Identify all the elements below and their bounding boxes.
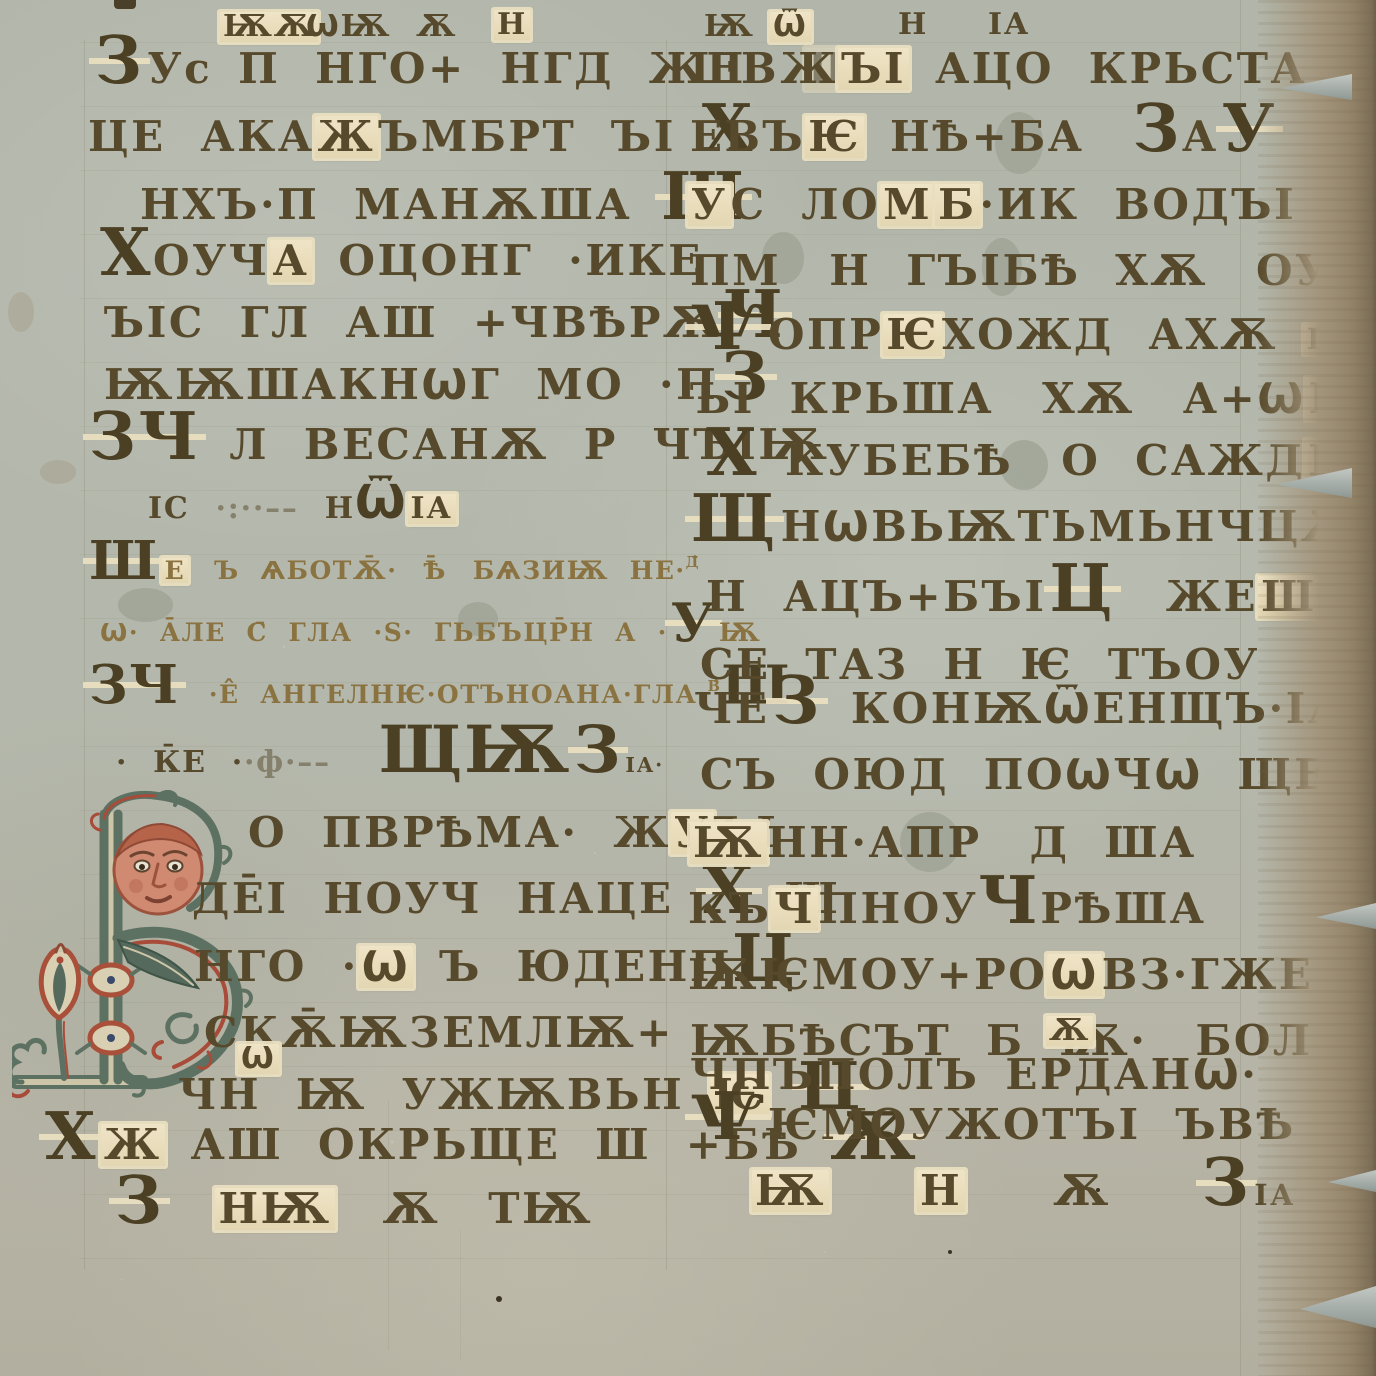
text-segment: ЧН Ѭ УЖѬВЬН xyxy=(178,1070,684,1119)
text-segment: РѢША xyxy=(1040,884,1206,933)
text-line-right-20: Ѫ xyxy=(1046,1016,1093,1046)
text-segment: Д ША xyxy=(1030,818,1197,867)
text-line-left-7: ЪІС ГЛ АШ +ЧВѢРѪЧ xyxy=(104,302,789,344)
text-segment: З xyxy=(1133,91,1182,167)
text-segment: ЪМБРТ ЪІ xyxy=(378,112,676,161)
text-line-left-12: Ѡ· А̄ЛЕ С̄ ГЛА ·S· ГЬБЪЦР̄Н А ·УѬ xyxy=(100,620,761,645)
text-segment: ОЦОНГ ·ИКЕ xyxy=(338,236,702,285)
text-segment: · К̄Е · xyxy=(116,745,244,780)
screenshot-root: { "document": { "kind": "medieval manusc… xyxy=(0,0,1376,1376)
text-segment: КУБЕБѢ xyxy=(785,436,1013,485)
text-segment: НѬ xyxy=(215,1188,334,1230)
text-segment: Ъ ѦБОТѪ̄· xyxy=(214,556,397,585)
erasure-blob xyxy=(118,588,173,622)
text-segment: НѢ+БА xyxy=(890,112,1085,161)
text-segment: ѤМОУЖОТЪІ ЪВѢ xyxy=(768,1100,1296,1149)
text-segment: Ч xyxy=(771,888,818,930)
text-segment: А xyxy=(1182,112,1219,161)
text-line-right-14: ЧЕЗКОНѬѾЕНЩЪ·ІА xyxy=(694,688,1345,730)
text-segment: Ѡ· А̄ЛЕ С̄ ГЛА ·S· ГЬБЪЦР̄Н А · xyxy=(100,618,668,647)
text-segment: ХѪ xyxy=(1042,374,1135,423)
text-segment: ЖЕ xyxy=(1166,572,1258,621)
text-segment: Ш Ж xyxy=(690,44,838,93)
text-segment: О ПВРѢМА· Ж xyxy=(248,808,671,857)
text-segment: Ж xyxy=(101,1124,165,1166)
text-line-left-5: НХЪ·П МАНѪШАШ xyxy=(140,184,749,226)
text-segment: АЦО КРЬСТА xyxy=(935,44,1307,93)
text-segment: ІС xyxy=(148,491,190,526)
text-segment: Н АЦЪ+БЪІ xyxy=(706,572,1047,621)
text-segment: ѬѪ xyxy=(220,12,318,42)
text-line-left-4: ЦЕ АКАЖЪМБРТ ЪІХ xyxy=(88,116,755,158)
text-segment: ІА xyxy=(988,7,1030,42)
text-segment: Ѡ xyxy=(359,946,413,988)
text-segment: ·Е̂ АНГЕЛНѤ·ОТЪНОАНА·ГЛА· xyxy=(209,680,708,709)
text-line-right-10: ХКУБЕБѢО САЖДИ xyxy=(706,440,1353,482)
text-segment: Ѭ xyxy=(690,822,767,864)
text-segment: Ѫ xyxy=(1053,1166,1111,1215)
text-segment: ЩѬ xyxy=(379,712,571,788)
text-segment: ІА· xyxy=(625,753,664,777)
text-line-left-6: ХОУЧАОЦОНГ ·ИКЕ xyxy=(100,240,703,282)
text-segment: ЦЕ АКА xyxy=(88,112,315,161)
text-segment: ЕРДАНѠ· xyxy=(1005,1050,1258,1099)
text-line-right-2: Н xyxy=(898,10,928,40)
text-segment: Ч xyxy=(978,863,1040,939)
text-line-right-21: ЧПЪПОЛЪЕРДАНѠ· xyxy=(690,1054,1258,1096)
text-segment: Х xyxy=(706,415,759,491)
ink-speck xyxy=(496,1296,502,1302)
text-segment: ОПР xyxy=(768,310,883,359)
text-segment: А xyxy=(270,240,313,282)
text-segment: ПМ xyxy=(690,246,781,295)
text-segment: ТѬ xyxy=(488,1184,593,1233)
text-line-right-0: Ѭ xyxy=(704,12,755,42)
text-segment: НГО · xyxy=(194,942,359,991)
text-segment: НХЪ·П МАНѪША xyxy=(140,180,632,229)
text-segment: НН·АПР xyxy=(767,818,982,867)
text-line-left-2: Н xyxy=(494,10,530,40)
text-line-left-8: ѬѬШАКНѠГ МО ·ПЗ xyxy=(104,364,774,406)
text-line-right-3: ІА xyxy=(988,10,1030,40)
text-segment: ЪІС ГЛ АШ +ЧВѢРѪ xyxy=(104,298,721,347)
manuscript-page: В xyxy=(0,0,1352,1376)
text-segment: М xyxy=(880,184,935,226)
text-segment: Ус xyxy=(147,44,212,93)
text-segment: ДЕ̄І НОУЧ НАЦЕ xyxy=(192,874,673,923)
text-line-right-16: ѬНН·АПРД ША xyxy=(690,822,1197,864)
text-line-right-1: Ѿ xyxy=(770,12,811,42)
text-line-left-1: ѠѬ Ѫ xyxy=(306,12,457,42)
ruling-fragment xyxy=(460,1230,461,1360)
text-segment: У xyxy=(688,184,731,226)
text-segment: Б xyxy=(935,184,979,226)
text-segment: КЪ xyxy=(688,884,771,933)
text-segment: Ѭ xyxy=(704,9,755,44)
text-segment: СЪ ОЮД ПОѠЧѠ ЩЕ xyxy=(700,750,1329,799)
text-segment: Ѫ xyxy=(1046,1016,1093,1046)
text-segment: ІА xyxy=(408,494,456,524)
text-segment: ПНОУ xyxy=(818,884,978,933)
text-segment: Н ГЪІБѢ ХѪ xyxy=(829,246,1208,295)
text-segment: Ѥ xyxy=(805,116,864,158)
text-segment: ЧЕ xyxy=(694,684,769,733)
text-line-right-5: ЕВЪѤНѢ+БАЗАУ xyxy=(690,116,1280,158)
text-line-left-0: ѬѪ xyxy=(220,12,318,42)
text-segment: БѦЗИѬ НЕ· xyxy=(473,556,686,585)
text-segment: ОУЧ xyxy=(153,236,270,285)
text-segment: ѠѬ Ѫ xyxy=(306,9,457,44)
text-line-left-13: ЗЧ·Е̂ АНГЕЛНѤ·ОТЪНОАНА·ГЛА·В̂Ш xyxy=(86,680,791,707)
ink-speck xyxy=(948,1250,952,1254)
text-segment: С ЛО xyxy=(731,180,881,229)
text-segment: Ѫ xyxy=(383,1184,441,1233)
text-segment: Ѣ̄ xyxy=(423,556,447,585)
top-edge-mark xyxy=(114,0,136,9)
text-segment: Ж xyxy=(315,116,379,158)
text-segment: Ѥ xyxy=(883,314,942,356)
text-segment: Х xyxy=(100,215,153,291)
text-line-right-8: ѰОПРѤХОЖД АХѪІА xyxy=(688,314,1352,356)
page-fore-edge xyxy=(1258,0,1376,1376)
text-line-left-11: ШЕЪ ѦБОТѪ̄·Ѣ̄БѦЗИѬ НЕ·Д̂ xyxy=(86,556,700,583)
text-line-right-17: КЪЧПНОУЧРѢША xyxy=(688,888,1206,930)
text-segment: Н xyxy=(494,10,530,40)
text-segment: Ѿ xyxy=(355,474,408,529)
text-segment: Ѿ xyxy=(770,12,811,42)
parchment-stain xyxy=(8,292,34,332)
text-segment: ЕВЪ xyxy=(690,112,805,161)
text-segment: ХОЖД АХѪ xyxy=(942,310,1278,359)
text-segment: Е xyxy=(162,558,189,583)
text-segment: Н xyxy=(898,7,928,42)
text-segment: ·ф·–– xyxy=(244,745,331,780)
text-segment: Н xyxy=(917,1170,965,1212)
text-line-right-12: Н АЦЪ+БЪІЦЖЕШ xyxy=(706,576,1320,618)
text-segment: Ѡ xyxy=(1047,954,1101,996)
parchment-stain xyxy=(40,460,76,484)
text-segment: Н xyxy=(325,491,355,526)
text-line-left-22: ЗНѬѪТѬ xyxy=(112,1188,593,1230)
text-segment: ·:··–– xyxy=(216,491,299,526)
text-line-left-14: · К̄Е ··ф·––ЩѬЗІА· xyxy=(116,748,664,778)
text-segment: ЪІ xyxy=(838,48,909,90)
text-segment: ѬѤМОУ+РО xyxy=(688,950,1047,999)
text-line-left-10: ІС·:··––НѾІА xyxy=(148,494,456,524)
text-segment: Ѭ xyxy=(752,1170,829,1212)
